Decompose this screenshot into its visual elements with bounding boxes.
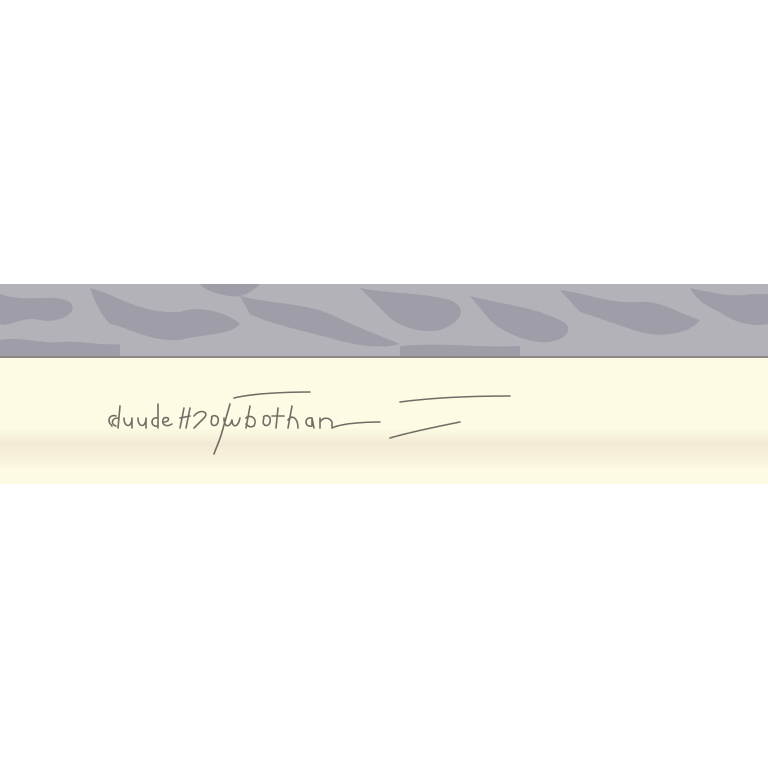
pencil-signature: Claude Rowbotham [100, 378, 640, 458]
paper-margin: Claude Rowbotham [0, 358, 768, 484]
printed-image-band [0, 284, 768, 356]
print-fragment: Claude Rowbotham [0, 284, 768, 484]
cloud-pattern [0, 284, 768, 356]
